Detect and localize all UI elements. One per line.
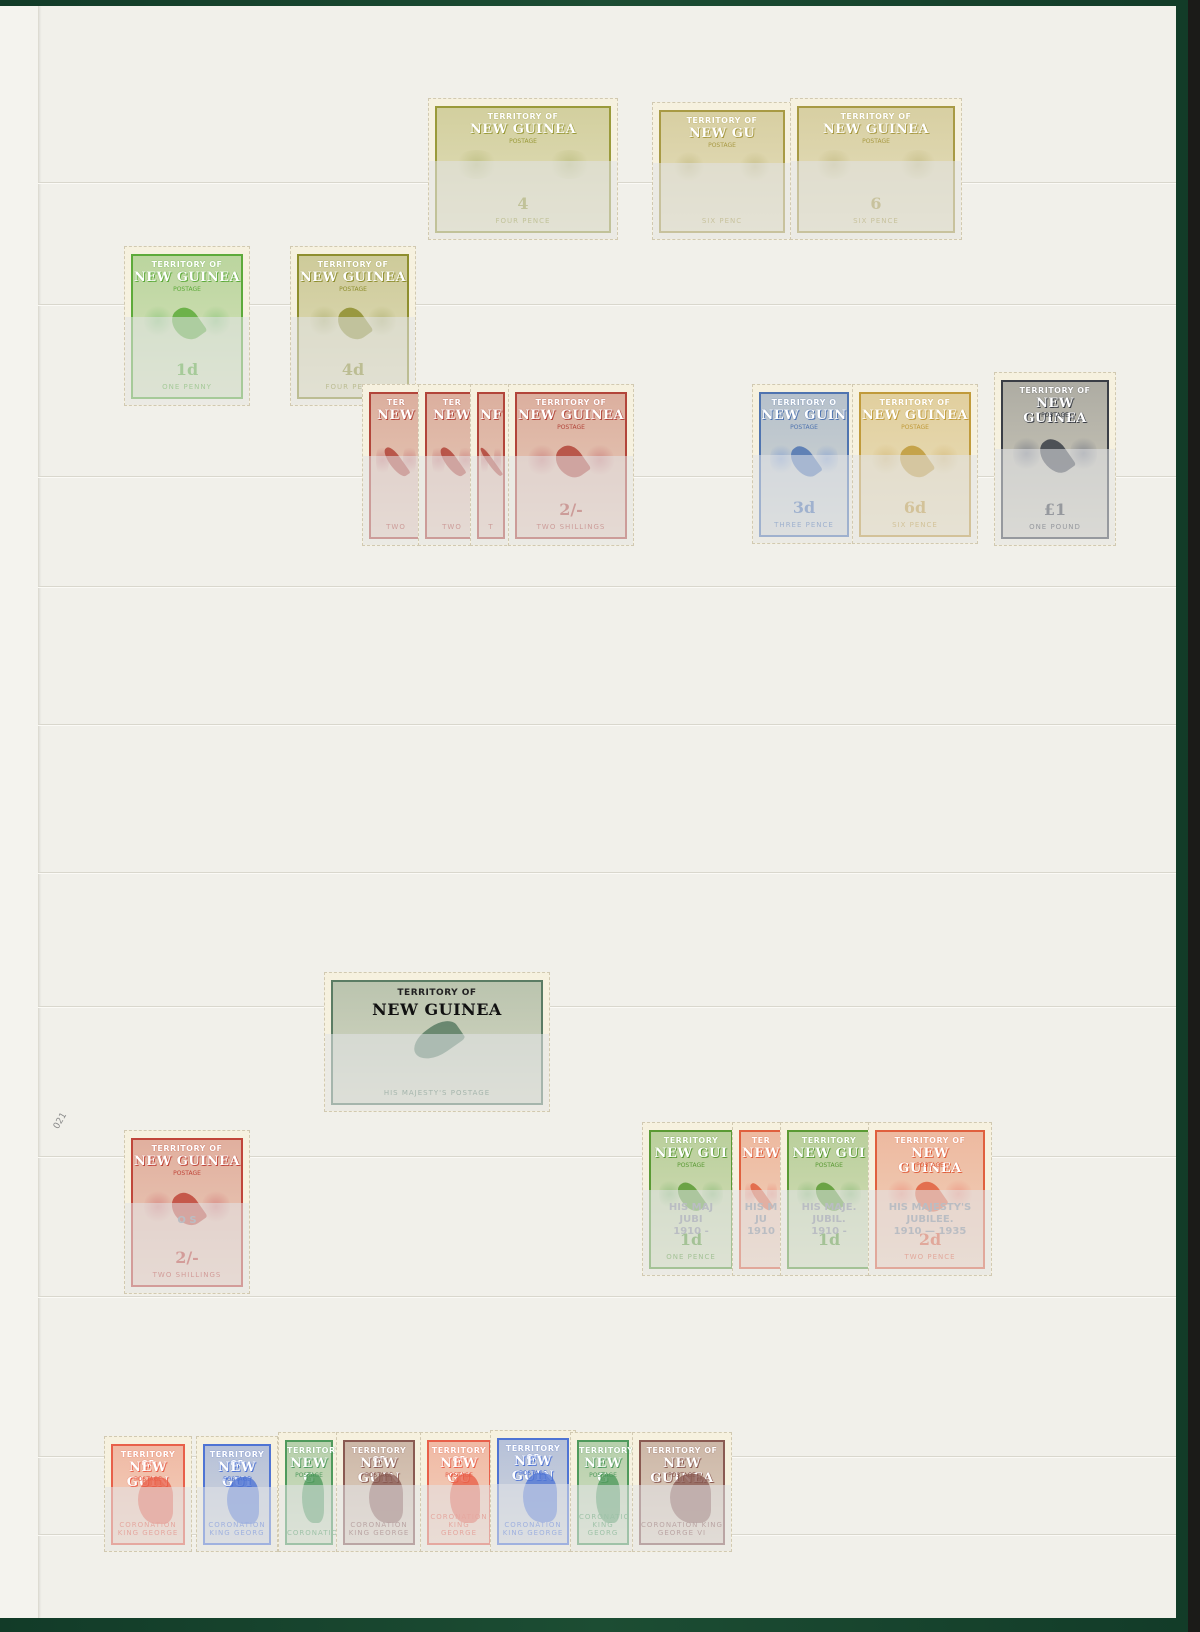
stamp-country: NEW GUINEA [799, 122, 953, 137]
stamp-subtitle: POSTAGE [437, 138, 609, 145]
stamp-subtitle: POSTAGE [877, 1162, 983, 1169]
stockbook-strip [38, 872, 1176, 873]
strip-glassine [753, 455, 855, 543]
stamp[interactable]: TERRITORY OFNEW GUINEAPOSTAGE2dTWO PENCE… [868, 1122, 992, 1276]
stamp-subtitle: POSTAGE [133, 1170, 241, 1177]
stamp[interactable]: TERRITORYNEW GUIPOSTAGE1dHIS MAJE.JUBIL.… [780, 1122, 878, 1276]
stamp[interactable]: TERRITORY OFNEW GUINEAPOSTAGE6dSIX PENCE [852, 384, 978, 544]
stamp-subtitle: POSTAGE [861, 424, 969, 431]
stamp-header: TERRITORY OF [299, 260, 407, 269]
stockbook-strip [38, 586, 1176, 587]
stamp-country: NEW GUINEA [861, 408, 969, 423]
strip-glassine [853, 455, 977, 543]
stamp-header: TERRITORY OF [133, 1144, 241, 1153]
stamp-header: TERRITORY OF [517, 398, 625, 407]
stamp-country: NF [479, 408, 503, 423]
stamp[interactable]: TERRITORY OFNEW GUIPOSTAGECORONATION KIN… [196, 1436, 278, 1552]
stamp[interactable]: TERRITORY OFNEW GUINEAPOSTAGE1dONE PENNY [124, 246, 250, 406]
stamp[interactable]: TERRITORY OFNEW GUINPOSTAGECORONATION KI… [336, 1432, 422, 1552]
stamp-header: TERRITORY OF [437, 112, 609, 121]
strip-glassine [197, 1487, 277, 1551]
strip-glassine [105, 1487, 191, 1551]
stamp-header: TERRITORY OF [877, 1136, 983, 1145]
strip-glassine [869, 1190, 991, 1275]
stamp[interactable]: TERRITORY OFNEW GUINEAPOSTAGE2/-TWO SHIL… [124, 1130, 250, 1294]
stockbook-strip [38, 1296, 1176, 1297]
strip-glassine [325, 1034, 549, 1111]
stamp[interactable]: TERRITORY OFNEW GUPOSTAGESIX PENC [652, 102, 792, 240]
stamp-header: TER [371, 398, 421, 407]
stockbook-strip [38, 724, 1176, 725]
strip-glassine [791, 161, 961, 239]
strip-glassine [781, 1190, 877, 1275]
strip-glassine [571, 1485, 635, 1551]
album-page: TERRITORY OFNEW GUINEAPOSTAGE4FOUR PENCE… [0, 6, 1176, 1618]
stamp[interactable]: TERRITORYNEW GPOSTAGECORONATIO [278, 1432, 340, 1552]
strip-glassine [643, 1190, 739, 1275]
stamp[interactable]: TERRITORY OFNEW GUINEAPOSTAGE2/-TWO SHIL… [508, 384, 634, 546]
strip-glassine [125, 317, 249, 405]
handwritten-note: 021 [52, 1111, 69, 1131]
strip-glassine [633, 1485, 731, 1551]
strip-glassine [125, 1203, 249, 1293]
stamp-subtitle: POSTAGE [761, 424, 847, 431]
strip-glassine [471, 456, 511, 545]
stamp[interactable]: TERRITORY OFNEW GUPOSTAGECORONATION KING… [420, 1432, 498, 1552]
strip-glassine [653, 163, 791, 239]
page-flap [0, 6, 39, 1618]
stamp[interactable]: TERRITORY OFNEW GUINPOSTAGECORONATION KI… [104, 1436, 192, 1552]
stamp[interactable]: TERRITORYNEW GUIPOSTAGE1dONE PENCEHIS MA… [642, 1122, 740, 1276]
stamp-header: TERRITORY O [761, 398, 847, 407]
stamp-country: NEW GUINEA [133, 1154, 241, 1169]
stamp[interactable]: TERRITORYNEW GPOSTAGECORONATIO KING GEOR… [570, 1432, 636, 1552]
stamp-country: NEW GUINEA [333, 1000, 541, 1019]
stamp-header: TERRITORY [579, 1446, 627, 1455]
stamp-country: NEW [371, 408, 421, 423]
stamp-subtitle: POSTAGE [299, 286, 407, 293]
stamp-country: NEW GUINEA [517, 408, 625, 423]
stamp-country: NEW GUINEA [299, 270, 407, 285]
stamp-country: NEW GUI [789, 1146, 869, 1161]
stamp[interactable]: TERRITORY OFNEW GUINEAPOSTAGE6SIX PENCE [790, 98, 962, 240]
stamp-country: NEW GUINEA [1003, 396, 1107, 426]
stamp[interactable]: TERRITORY ONEW GUINPOSTAGE3dTHREE PENCE [752, 384, 856, 544]
stamp-header: TERRITORY [789, 1136, 869, 1145]
stamp-header: TERRITORY [651, 1136, 731, 1145]
stamp[interactable]: TERRITORY OFNEW GUINEAPOSTAGECORONATION … [632, 1432, 732, 1552]
stamp-country: NEW GUINEA [133, 270, 241, 285]
stamp-subtitle: POSTAGE [517, 424, 625, 431]
stamp-subtitle: POSTAGE [789, 1162, 869, 1169]
stamp-header: TERRITORY OF [861, 398, 969, 407]
strip-glassine [429, 161, 617, 239]
stamp-header: TERRITORY OF [799, 112, 953, 121]
stamp-subtitle: POSTAGE [661, 142, 783, 149]
stamp-header: TERRITORY OF [333, 988, 541, 998]
strip-glassine [279, 1485, 339, 1551]
stamp-header: TERRITORY [287, 1446, 331, 1455]
stamp-header: TER [741, 1136, 781, 1145]
stamp-header: TERRITORY OF [661, 116, 783, 125]
stamp-country: NEW [741, 1146, 781, 1161]
stamp[interactable]: TERRITORY OFNEW GUINEAPOSTAGE£1ONE POUND [994, 372, 1116, 546]
stamp-country: NEW GUINEA [877, 1146, 983, 1176]
stamp[interactable]: NFT [470, 384, 512, 546]
stamp-subtitle: POSTAGE [799, 138, 953, 145]
stamp[interactable]: TERRITORY OFNEW GUINPOSTAGECORONATION KI… [490, 1430, 576, 1552]
strip-glassine [509, 456, 633, 545]
strip-glassine [995, 449, 1115, 545]
stamp-country: NEW GUI [651, 1146, 731, 1161]
stamp-country: NEW GUINEA [437, 122, 609, 137]
stamp-subtitle: POSTAGE [133, 286, 241, 293]
stockbook-strip [38, 1006, 1176, 1007]
stamp[interactable]: TERRITORY OFNEW GUINEAPOSTAGE4dFOUR PENC… [290, 246, 416, 406]
stamp-country: NEW GU [661, 126, 783, 141]
stamp[interactable]: TERRITORY OFNEW GUINEAHIS MAJESTY'S POST… [324, 972, 550, 1112]
stamp-header: TERRITORY OF [641, 1446, 723, 1455]
stamp[interactable]: TERRITORY OFNEW GUINEAPOSTAGE4FOUR PENCE [428, 98, 618, 240]
stamp-country: NEW GUIN [761, 408, 847, 423]
stamp-subtitle: POSTAGE [1003, 412, 1107, 419]
stamp-header: TERRITORY OF [1003, 386, 1107, 395]
album-edge [1188, 0, 1200, 1632]
strip-glassine [337, 1485, 421, 1551]
strip-glassine [491, 1484, 575, 1551]
strip-glassine [421, 1485, 497, 1551]
stamp-subtitle: POSTAGE [651, 1162, 731, 1169]
stamp-header: TERRITORY OF [133, 260, 241, 269]
